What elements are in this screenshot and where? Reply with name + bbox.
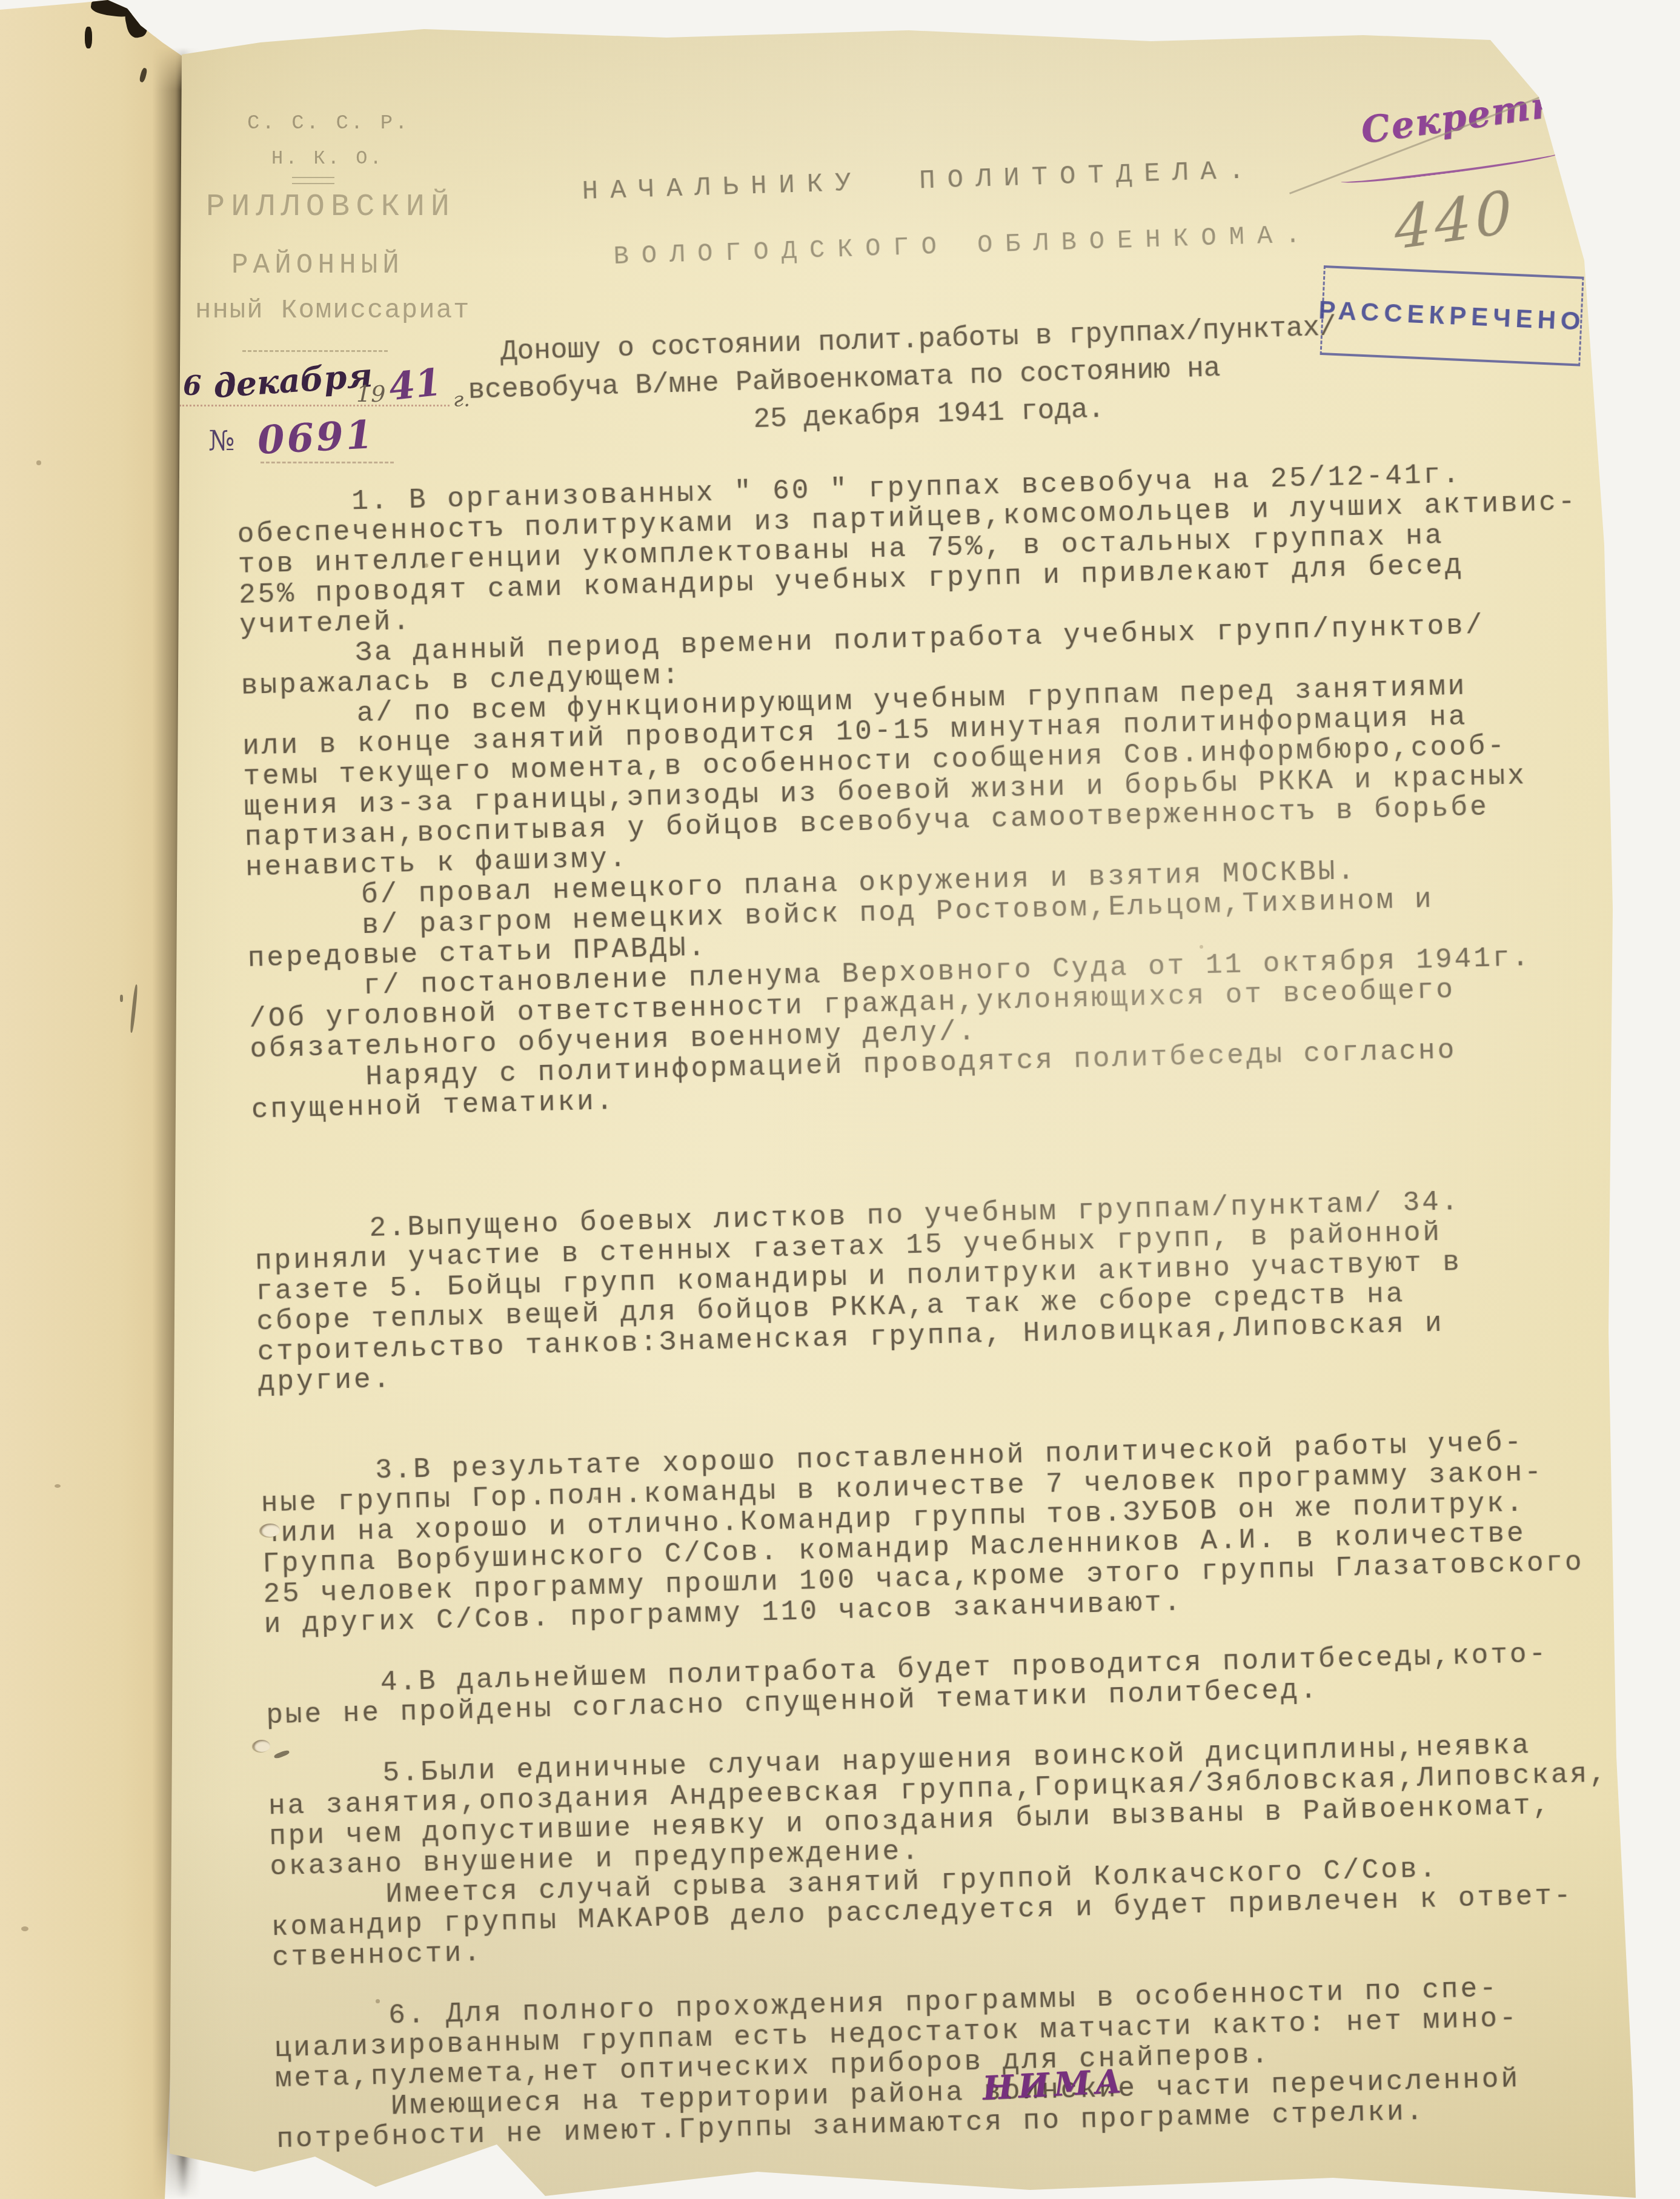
paper-hole (253, 1740, 270, 1752)
date-underline (179, 388, 450, 406)
torn-edge-fragment (85, 27, 92, 48)
letterhead-agency: Н. К. О. (271, 147, 384, 170)
report-intro-text: Доношу о состоянии полит.работы в группа… (466, 308, 1339, 447)
letterhead-district-name: РИЛЛОВСКИЙ (206, 189, 456, 225)
pen-mark (120, 995, 123, 1002)
secret-underline (1340, 147, 1564, 187)
addressee-line2: ВОЛОГОДСКОГО ОБЛВОЕНКОМА. (613, 221, 1313, 271)
secret-marking-handwritten: Секретно (1358, 79, 1586, 153)
letterhead-district-type: РАЙОННЫЙ (231, 250, 404, 281)
declassified-stamp-text: РАССЕКРЕЧЕНО (1318, 296, 1585, 336)
document-body-text: 1. В организованных " 60 " группах всево… (236, 457, 1617, 2155)
paper-speck (139, 67, 148, 83)
number-underline (261, 447, 394, 463)
declassified-stamp: РАССЕКРЕЧЕНО (1320, 265, 1584, 366)
letterhead-divider (292, 177, 334, 184)
torn-edge-fragment (123, 4, 150, 39)
paper-hole (261, 1524, 280, 1537)
document-page: С. С. С. Р. Н. К. О. РИЛЛОВСКИЙ РАЙОННЫЙ… (0, 0, 1680, 2199)
secret-strikethrough-line (1289, 80, 1584, 194)
letterhead-office: нный Комиссариат (195, 296, 470, 326)
letterhead-country: С. С. С. Р. (247, 112, 410, 135)
addressee-line1: НАЧАЛЬНИКУ ПОЛИТОТДЕЛА. (582, 156, 1257, 207)
margin-note-handwritten: НИМА (981, 2061, 1127, 2108)
letterhead-dashed-line (242, 350, 388, 352)
pencil-number: 440 (1393, 178, 1516, 264)
number-label: № (208, 424, 235, 457)
pen-mark (130, 984, 138, 1033)
